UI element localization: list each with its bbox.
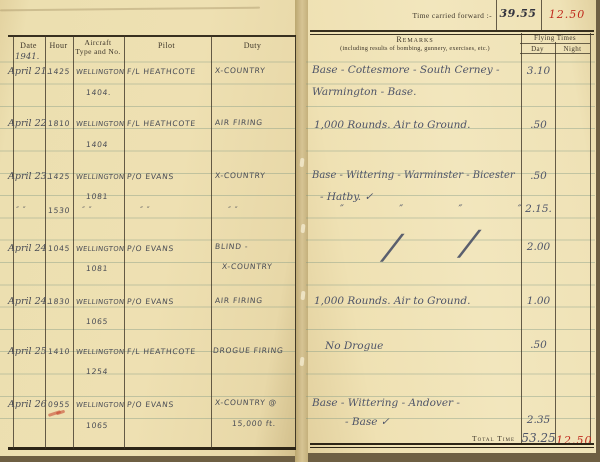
col-header-aircraft-2: Type and No. (73, 47, 123, 56)
entry-aircraft-no: 1404 (86, 140, 109, 149)
remarks-text: Base - Wittering - Warminster - Bicester (312, 170, 515, 181)
left-bottom-rule (8, 447, 296, 450)
entry-aircraft-no: 1065 (86, 317, 109, 326)
entry-pilot: F/L HEATHCOTE (127, 347, 197, 356)
total-rule (310, 443, 594, 445)
entry-hour: 1810 (48, 119, 71, 128)
col-header-pilot: Pilot (123, 41, 210, 50)
day-time: .50 (521, 339, 556, 351)
carried-forward-label: Time carried forward :- (372, 11, 492, 20)
remarks-text: Base - Cottesmore - South Cerney - (312, 64, 500, 76)
col-header-date: Date (13, 41, 44, 50)
remarks-text: 1,000 Rounds. Air to Ground. (314, 295, 470, 307)
remarks-text-2: - Hatby. ✓ (320, 191, 373, 203)
entry-aircraft-type: WELLINGTON (76, 120, 125, 128)
column-divider (124, 35, 125, 449)
entry-date: April 23. (8, 171, 50, 182)
night-header: Night (555, 45, 590, 53)
flying-times-rule (520, 43, 590, 44)
left-header-rule (8, 35, 296, 37)
entry-duty: X-COUNTRY (215, 66, 266, 75)
entry-hour: 1425 (48, 67, 71, 76)
entry-date: April 24. (8, 296, 50, 307)
entry-hour: 1045 (48, 244, 71, 253)
remarks-ditto: ″ ″ ″ ″ (340, 203, 522, 215)
entry-hour: 1530 (48, 206, 71, 215)
entry-date: April 22 (8, 118, 47, 129)
day-time: .50 (521, 170, 556, 182)
entry-duty: AIR FIRING (215, 296, 264, 305)
remarks-text-2: - Base ✓ (345, 416, 390, 428)
entry-date: April 26 (8, 399, 47, 410)
entry-aircraft-no: 1404. (86, 88, 112, 97)
day-time: .50 (521, 119, 556, 131)
column-divider (211, 35, 212, 449)
total-rule-2 (310, 447, 594, 448)
entry-duty-2: X-COUNTRY (222, 262, 273, 271)
day-time: 1.00 (521, 295, 556, 307)
flying-times-rule-2 (520, 53, 590, 54)
entry-duty-ditto: ″ ″ (228, 205, 239, 214)
column-divider (13, 35, 14, 449)
flying-times-right-edge (590, 33, 591, 444)
entry-duty: DROGUE FIRING (213, 346, 284, 355)
entry-aircraft-type: WELLINGTON (76, 298, 125, 306)
entry-hour: 1830 (48, 297, 71, 306)
entry-hour: 1410 (48, 347, 71, 356)
entry-date: April 25 (8, 346, 47, 357)
remarks-header: Remarks (310, 35, 520, 44)
col-header-aircraft: Aircraft (73, 38, 123, 47)
total-time-label: Total Time (420, 434, 515, 443)
entry-duty: AIR FIRING (215, 118, 264, 127)
remarks-text: Base - Wittering - Andover - (312, 397, 460, 409)
entry-hour: 1425 (48, 172, 71, 181)
right-page-ruling (306, 40, 595, 440)
entry-duty: X-COUNTRY @ (215, 398, 278, 407)
day-time: 2.35 (521, 414, 556, 426)
entry-pilot: P/O EVANS (127, 172, 175, 181)
entry-aircraft-no: 1081 (86, 192, 109, 201)
carried-forward-night: 12.50 (545, 8, 589, 21)
entry-hour: 0955 (48, 400, 71, 409)
entry-aircraft-type: WELLINGTON (76, 401, 125, 409)
day-header: Day (520, 45, 555, 53)
entry-pilot-ditto: ″ ″ (140, 205, 151, 214)
col-header-hour: Hour (44, 41, 73, 50)
remarks-text: No Drogue (325, 340, 383, 352)
carried-forward-box-line (541, 0, 542, 30)
entry-duty: BLIND - (215, 242, 249, 251)
entry-duty: X-COUNTRY (215, 171, 266, 180)
right-header-rule (310, 30, 594, 32)
dash-stroke: ╱ (381, 234, 403, 262)
entry-aircraft-type: WELLINGTON (76, 348, 125, 356)
entry-pilot: P/O EVANS (127, 400, 175, 409)
logbook-spread: Date 1941. Hour Aircraft Type and No. Pi… (0, 0, 600, 462)
entry-date: April 24 (8, 243, 47, 254)
column-divider (295, 35, 297, 449)
entry-aircraft-no: 1065 (86, 421, 109, 430)
column-divider (73, 35, 74, 449)
entry-aircraft-no: 1254 (86, 367, 109, 376)
total-night: 12.50 (556, 434, 592, 447)
day-time: 2.00 (521, 241, 556, 253)
remarks-text: 1,000 Rounds. Air to Ground. (314, 119, 470, 131)
column-divider (45, 35, 46, 449)
entry-pilot: P/O EVANS (127, 297, 175, 306)
col-header-duty: Duty (210, 41, 295, 50)
entry-aircraft-type: WELLINGTON (76, 173, 125, 181)
year-handwritten: 1941. (15, 52, 39, 62)
entry-date-ditto: ″ ″ (16, 205, 27, 214)
flying-times-divider (521, 33, 522, 444)
day-time: 2.15. (521, 203, 556, 215)
dash-stroke: ╱ (458, 230, 480, 258)
day-time: 3.10 (521, 65, 556, 77)
entry-pilot: P/O EVANS (127, 244, 175, 253)
carried-forward-day: 39.55 (497, 7, 539, 20)
entry-aircraft-type: WELLINGTON (76, 245, 125, 253)
entry-aircraft-ditto: ″ ″ (82, 205, 93, 214)
entry-pilot: F/L HEATHCOTE (127, 67, 197, 76)
entry-duty-2: 15,000 ft. (232, 419, 277, 428)
entry-date: April 21. (8, 66, 50, 77)
remarks-subheader: (including results of bombing, gunnery, … (310, 45, 520, 52)
entry-aircraft-no: 1081 (86, 264, 109, 273)
remarks-text-2: Warmington - Base. (312, 86, 416, 98)
flying-times-header: Flying Times (520, 34, 590, 42)
entry-aircraft-type: WELLINGTON (76, 68, 125, 76)
entry-pilot: F/L HEATHCOTE (127, 119, 197, 128)
